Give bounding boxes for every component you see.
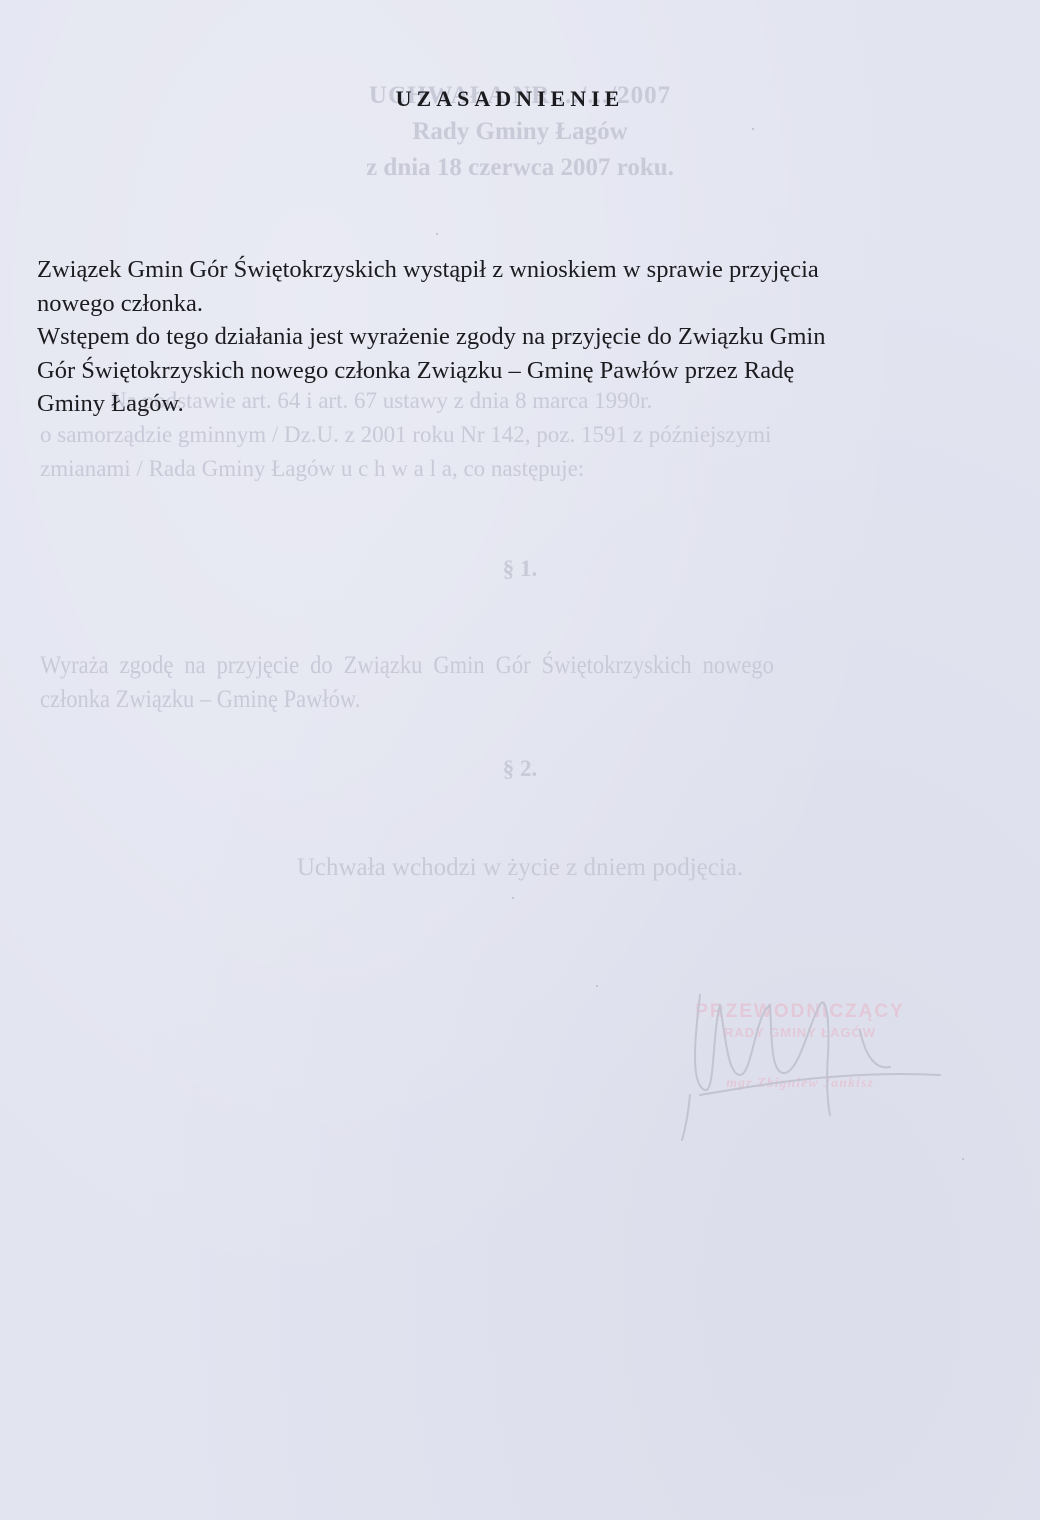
document-heading: UZASADNIENIE (0, 86, 1020, 112)
ghost-legal-basis-line: zmianami / Rada Gminy Łagów u c h w a l … (40, 454, 584, 484)
ghost-legal-basis-line: o samorządzie gminnym / Dz.U. z 2001 rok… (40, 420, 771, 450)
ghost-section-1-text: Wyraża zgodę na przyjęcie do Związku Gmi… (40, 652, 774, 680)
text-line: Związek Gmin Gór Świętokrzyskich wystąpi… (37, 256, 819, 283)
ghost-section-1-text: członka Związku – Gminę Pawłów. (40, 686, 360, 714)
ghost-section-2-label: § 2. (0, 756, 1040, 782)
text-line: nowego członka. (37, 290, 203, 317)
paper-speck (962, 1158, 964, 1160)
paper-speck (752, 128, 754, 130)
ghost-resolution-date: z dnia 18 czerwca 2007 roku. (0, 152, 1040, 184)
ghost-section-1-label: § 1. (0, 556, 1040, 582)
paper-speck (512, 897, 514, 899)
text-line: Wstępem do tego działania jest wyrażenie… (37, 323, 825, 350)
paragraph-consent: Wstępem do tego działania jest wyrażenie… (37, 320, 997, 421)
text-line: Gór Świętokrzyskich nowego członka Związ… (37, 357, 794, 384)
signature-icon (660, 975, 960, 1145)
text-line: Gminy Łagów. (37, 390, 184, 417)
paper-speck (596, 985, 598, 987)
paragraph-request: Związek Gmin Gór Świętokrzyskich wystąpi… (37, 253, 997, 320)
ghost-resolution-council: Rady Gminy Łagów (0, 116, 1040, 148)
document-body: Związek Gmin Gór Świętokrzyskich wystąpi… (37, 253, 997, 421)
document-page: UCHWAŁA NR .../.../2007 Rady Gminy Łagów… (0, 0, 1040, 1520)
ghost-section-2-text: Uchwała wchodzi w życie z dniem podjęcia… (0, 854, 1040, 882)
paper-speck (436, 233, 438, 235)
